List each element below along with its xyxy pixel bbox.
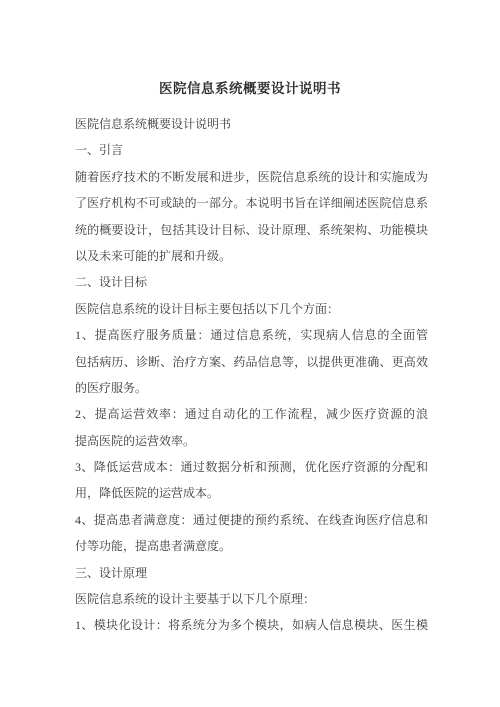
- document-line: 医院信息系统的设计主要基于以下几个原理：: [75, 586, 428, 612]
- document-line: 付等功能，提高患者满意度。: [75, 533, 428, 559]
- section-heading: 三、设计原理: [75, 560, 428, 586]
- document-line: 统的概要设计，包括其设计目标、设计原理、系统架构、功能模块: [75, 217, 428, 243]
- document-line: 了医疗机构不可或缺的一部分。本说明书旨在详细阐述医院信息系: [75, 190, 428, 216]
- document-line: 提高医院的运营效率。: [75, 428, 428, 454]
- document-line: 3、降低运营成本：通过数据分析和预测，优化医疗资源的分配和使: [75, 454, 428, 480]
- section-heading: 一、引言: [75, 137, 428, 163]
- document-line: 随着医疗技术的不断发展和进步，医院信息系统的设计和实施成为: [75, 164, 428, 190]
- document-line: 包括病历、诊断、治疗方案、药品信息等，以提供更准确、更高效: [75, 349, 428, 375]
- document-title: 医院信息系统概要设计说明书: [0, 76, 500, 102]
- document-line: 以及未来可能的扩展和升级。: [75, 243, 428, 269]
- document-page: 医院信息系统概要设计说明书 医院信息系统概要设计说明书 一、引言 随着医疗技术的…: [0, 0, 500, 707]
- document-line: 2、提高运营效率：通过自动化的工作流程，减少医疗资源的浪费，: [75, 401, 428, 427]
- document-line: 4、提高患者满意度：通过便捷的预约系统、在线查询医疗信息和支: [75, 507, 428, 533]
- section-heading: 二、设计目标: [75, 269, 428, 295]
- document-line: 医院信息系统的设计目标主要包括以下几个方面：: [75, 296, 428, 322]
- document-line: 用，降低医院的运营成本。: [75, 480, 428, 506]
- document-line: 1、模块化设计：将系统分为多个模块，如病人信息模块、医生模: [75, 612, 428, 638]
- document-line: 的医疗服务。: [75, 375, 428, 401]
- document-line: 医院信息系统概要设计说明书: [75, 111, 428, 137]
- document-body: 医院信息系统概要设计说明书 一、引言 随着医疗技术的不断发展和进步，医院信息系统…: [75, 111, 428, 639]
- document-line: 1、提高医疗服务质量：通过信息系统，实现病人信息的全面管理，: [75, 322, 428, 348]
